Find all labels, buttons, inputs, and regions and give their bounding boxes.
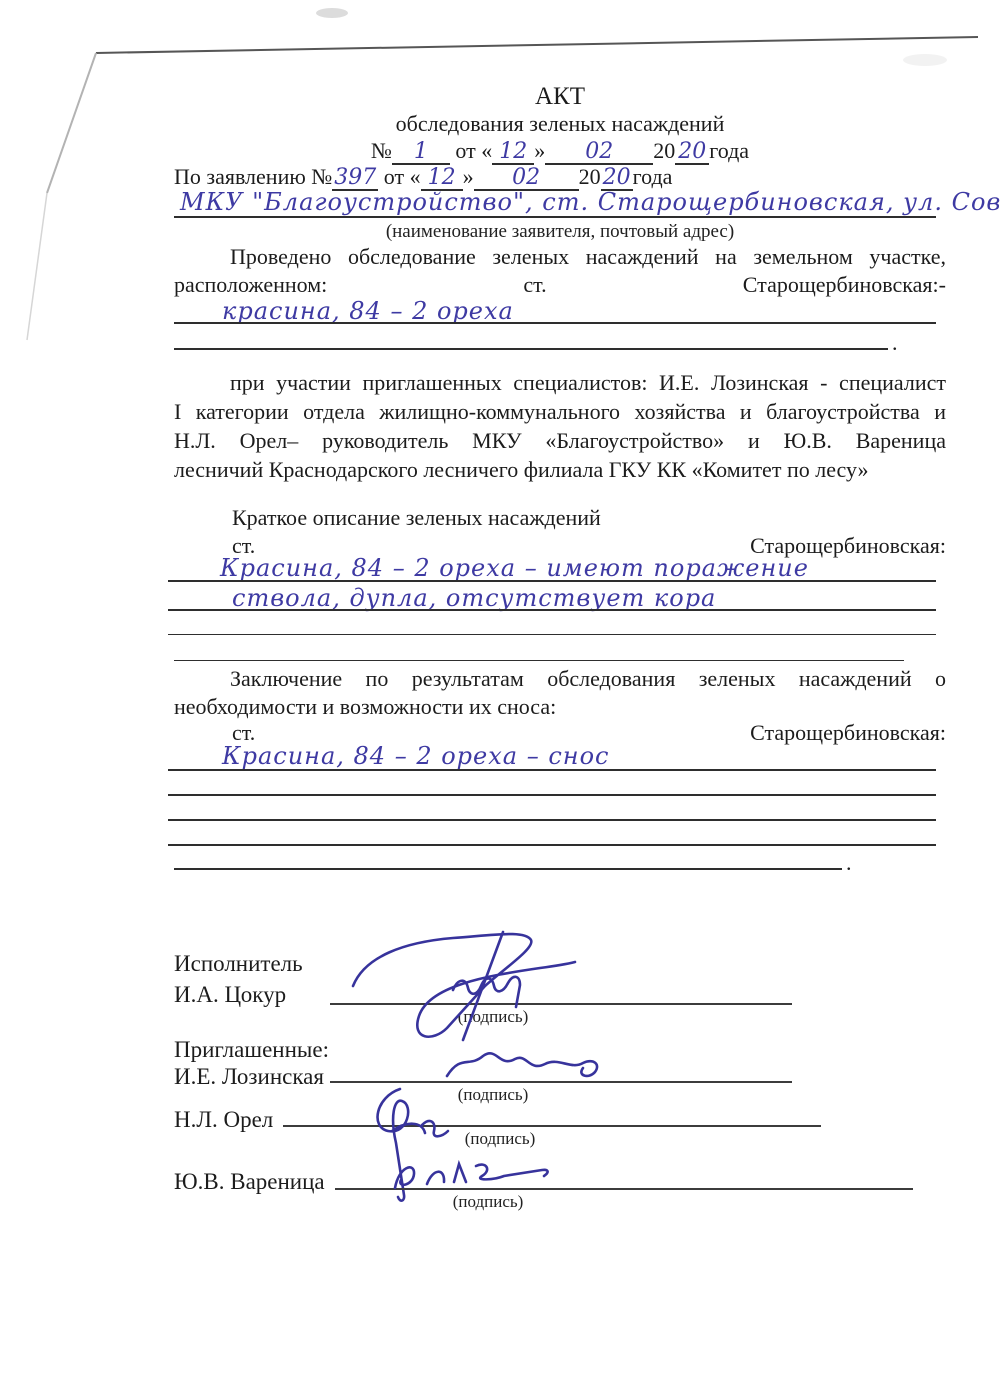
act-number-line: №1 от «12»022020года xyxy=(174,138,946,165)
executor-label: Исполнитель xyxy=(174,950,303,978)
orel-podpis-caption: (подпись) xyxy=(415,1129,585,1149)
survey-location-handwritten: красина, 84 – 2 ореха xyxy=(222,297,514,325)
act-day-field: 12 xyxy=(492,141,534,165)
description-handwritten-2: ствола, дупла, отсутствует кора xyxy=(232,584,716,612)
application-year-label: года xyxy=(633,164,673,189)
survey-settlement: Старощербиновская:- xyxy=(743,272,946,298)
act-quote-close: » xyxy=(534,138,545,163)
description-heading: Краткое описание зеленых насаждений xyxy=(232,505,601,531)
participants-line: Н.Л. Орел– руководитель МКУ «Благоустрой… xyxy=(174,426,946,455)
invited-name-orel: Н.Л. Орел xyxy=(174,1106,273,1134)
act-year-field: 20 xyxy=(675,141,709,165)
description-rule-1 xyxy=(168,580,936,582)
conclusion-rule-4 xyxy=(168,844,936,846)
applicant-handwritten: МКУ "Благоустройство", ст. Старощербинов… xyxy=(180,188,1000,216)
invited-name-lozinskaya: И.Е. Лозинская xyxy=(174,1063,324,1091)
invited-name-varenitsa: Ю.В. Вареница xyxy=(174,1168,325,1196)
participants-paragraph: при участии приглашенных специалистов: И… xyxy=(174,368,946,484)
participants-line: I категории отдела жилищно-коммунального… xyxy=(174,397,946,426)
document-subtitle: обследования зеленых насаждений xyxy=(174,111,946,137)
survey-rule-2 xyxy=(174,348,888,350)
act-ot-label: от « xyxy=(455,138,492,163)
conclusion-settlement: Старощербиновская: xyxy=(750,720,946,746)
application-line: По заявлению №397 от «12»022020года xyxy=(174,164,946,191)
survey-line2: расположенном: ст. Старощербиновская:- xyxy=(174,272,946,298)
lozinskaya-signature-line xyxy=(330,1081,792,1083)
survey-line1: Проведено обследование зеленых насаждени… xyxy=(174,244,946,270)
conclusion-rule-5 xyxy=(174,868,842,870)
applicant-caption: (наименование заявителя, почтовый адрес) xyxy=(174,221,946,243)
conclusion-trailing-period: . xyxy=(846,850,852,876)
conclusion-rule-1 xyxy=(168,769,936,771)
application-year-prefix: 20 xyxy=(579,164,601,189)
act-year-prefix: 20 xyxy=(653,138,675,163)
conclusion-line2: необходимости и возможности их сноса: xyxy=(174,694,946,720)
conclusion-handwritten: Красина, 84 – 2 ореха – снос xyxy=(222,742,609,770)
participants-line: лесничий Краснодарского лесничего филиал… xyxy=(174,455,946,484)
survey-st-label: ст. xyxy=(523,272,546,298)
act-number-field: 1 xyxy=(392,141,450,165)
application-quote-close: » xyxy=(463,164,474,189)
survey-rule-1 xyxy=(174,322,936,324)
scanned-document-page: { "ink_color": "#3e3aa3", "header": { "t… xyxy=(0,0,1000,1400)
act-year-label: года xyxy=(709,138,749,163)
description-handwritten-1: Красина, 84 – 2 ореха – имеют поражение xyxy=(220,554,809,582)
act-month-field: 02 xyxy=(545,141,653,165)
conclusion-rule-3 xyxy=(168,819,936,821)
executor-signature-line xyxy=(330,1003,792,1005)
participants-line: при участии приглашенных специалистов: И… xyxy=(174,368,946,397)
executor-podpis-caption: (подпись) xyxy=(408,1007,578,1027)
description-rule-2 xyxy=(168,609,936,611)
survey-trailing-period: . xyxy=(892,330,898,356)
varenitsa-podpis-caption: (подпись) xyxy=(403,1192,573,1212)
act-no-label: № xyxy=(371,138,392,163)
conclusion-rule-2 xyxy=(168,794,936,796)
survey-located-label: расположенном: xyxy=(174,272,327,298)
document-title: АКТ xyxy=(174,84,946,110)
description-rule-4 xyxy=(174,660,904,661)
varenitsa-signature-line xyxy=(335,1188,913,1190)
description-rule-3 xyxy=(168,634,936,635)
orel-signature-line xyxy=(283,1125,821,1127)
applicant-rule xyxy=(174,216,936,218)
conclusion-line1: Заключение по результатам обследования з… xyxy=(174,666,946,692)
executor-name: И.А. Цокур xyxy=(174,981,286,1009)
invited-label: Приглашенные: xyxy=(174,1036,329,1064)
lozinskaya-podpis-caption: (подпись) xyxy=(408,1085,578,1105)
application-ot-label: от « xyxy=(384,164,421,189)
application-label: По заявлению № xyxy=(174,164,332,189)
